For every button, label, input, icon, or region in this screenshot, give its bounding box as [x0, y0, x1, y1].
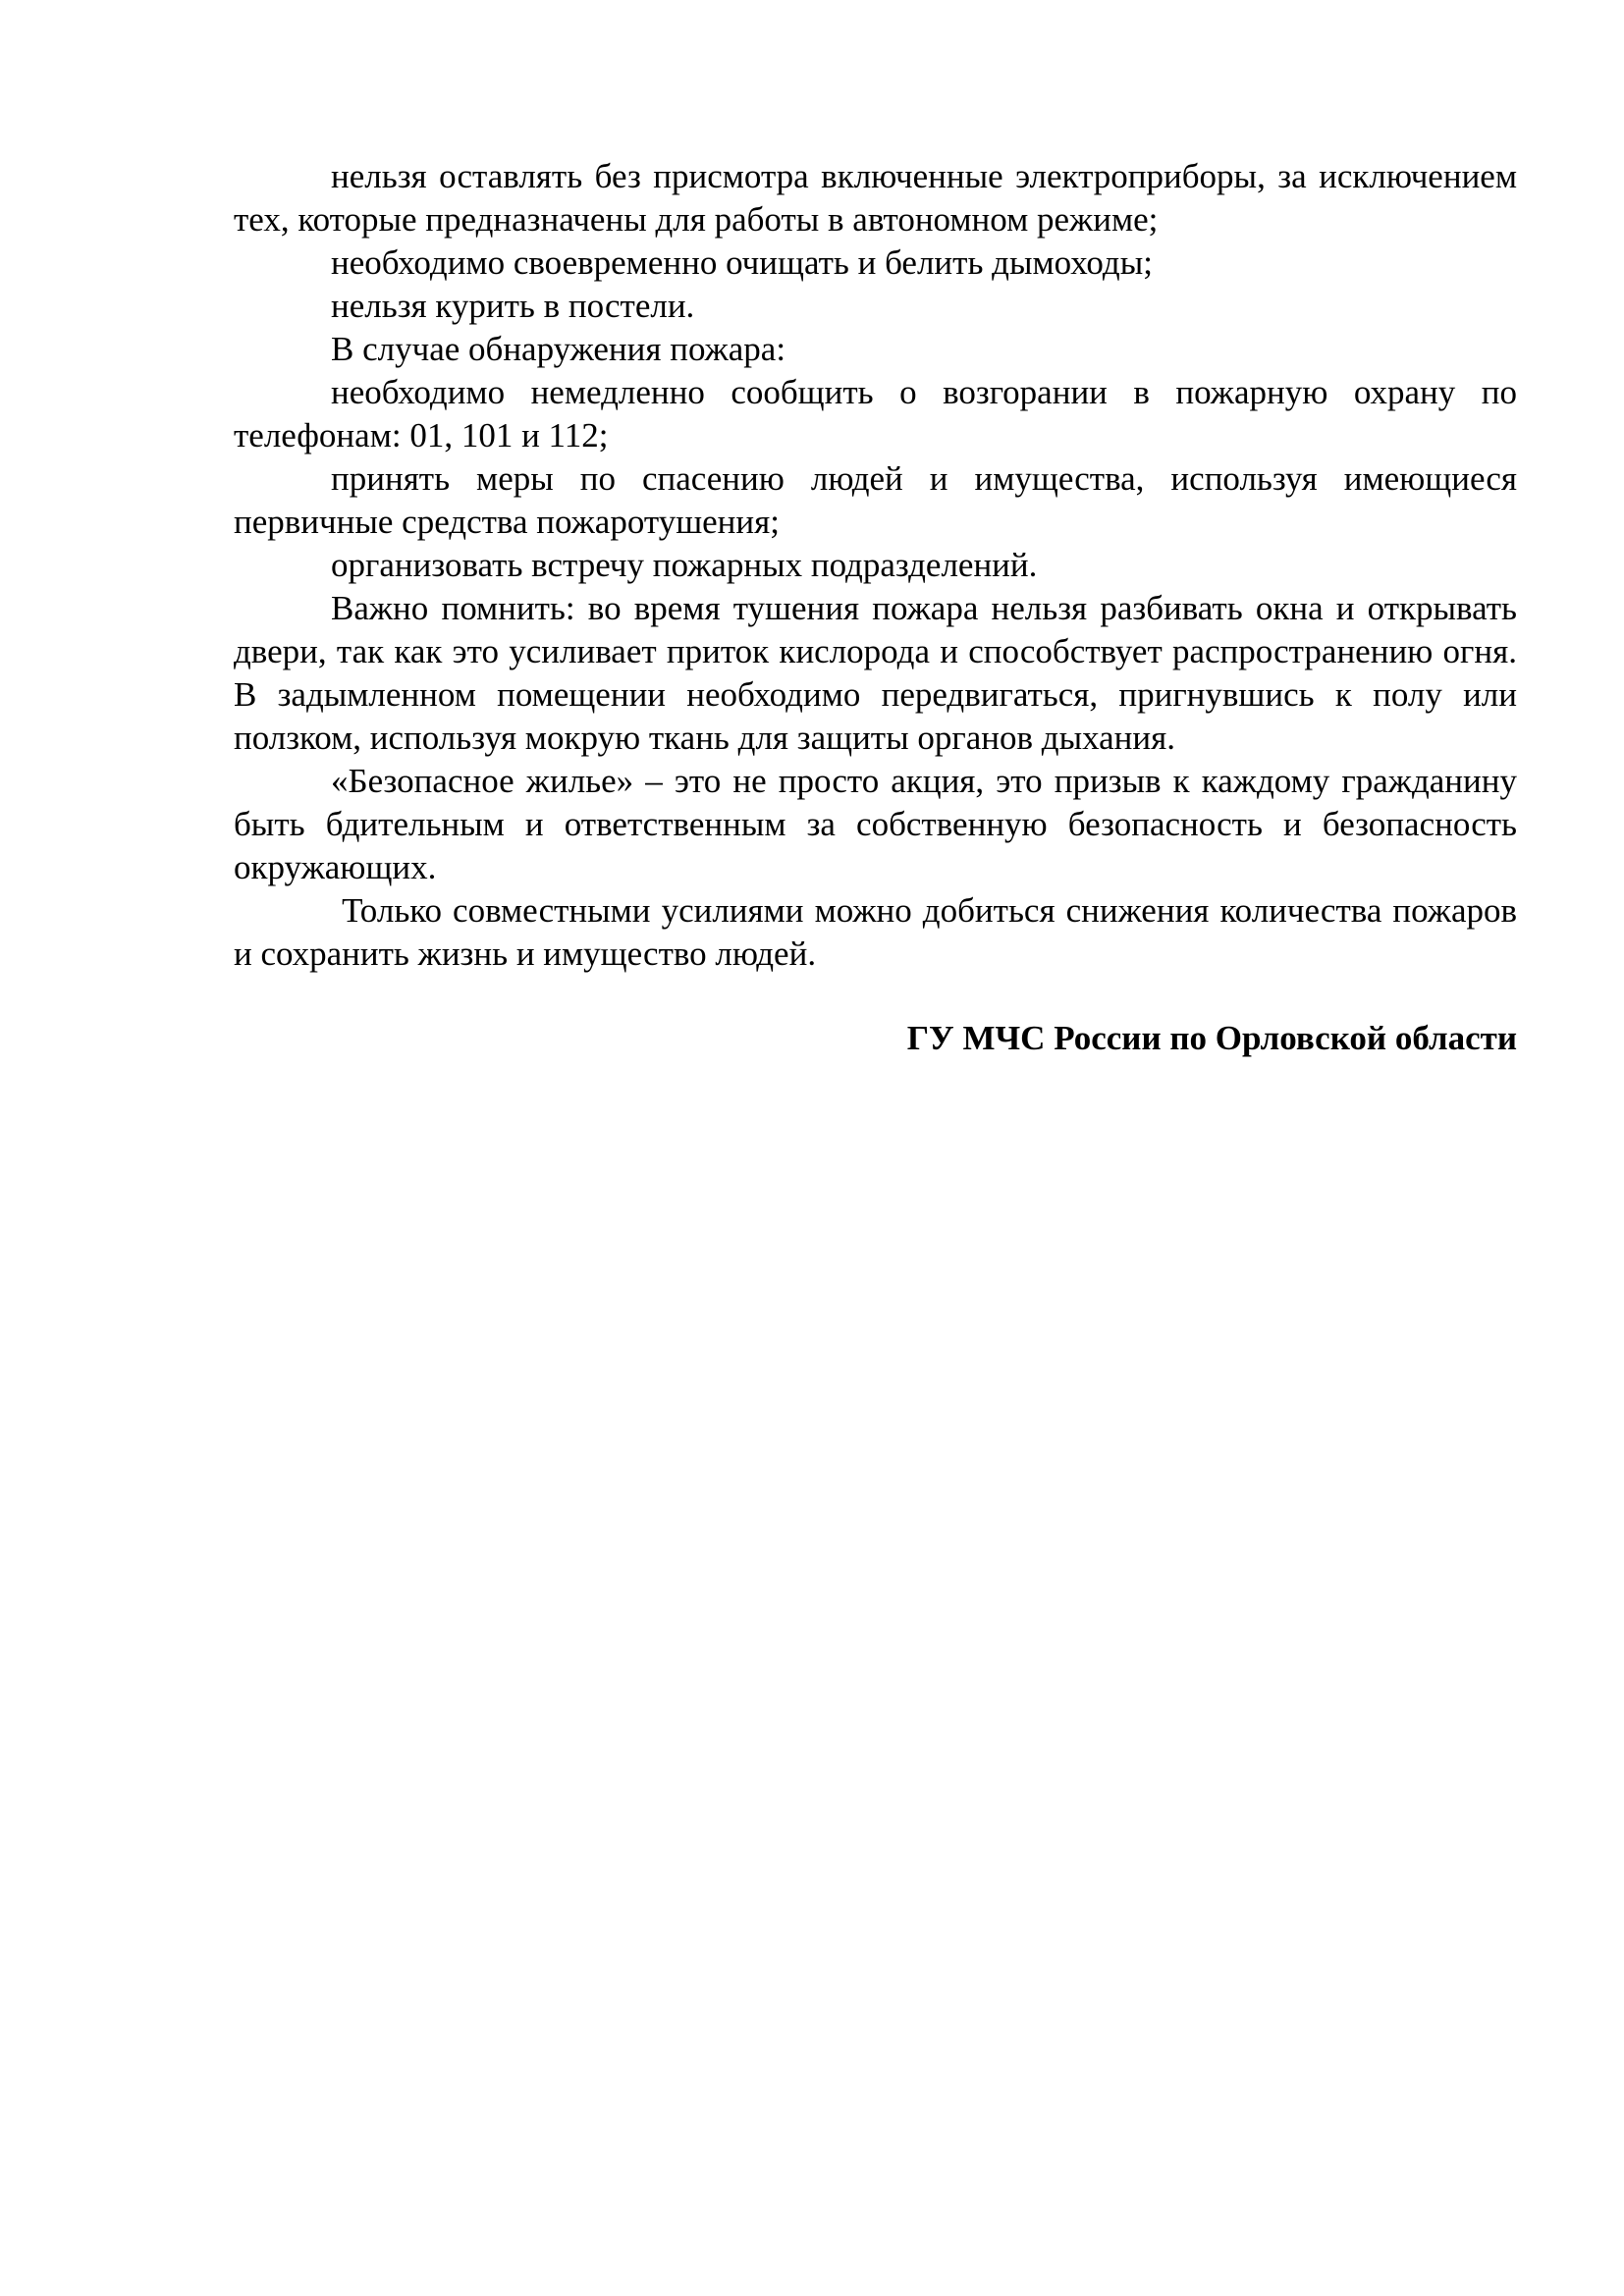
signature: ГУ МЧС России по Орловской области	[234, 1017, 1517, 1060]
paragraph-smoking-in-bed: нельзя курить в постели.	[234, 285, 1517, 328]
paragraph-safe-housing-campaign: «Безопасное жилье» – это не просто акция…	[234, 760, 1517, 889]
paragraph-chimneys: необходимо своевременно очищать и белить…	[234, 241, 1517, 285]
paragraph-rescue-measures: принять меры по спасению людей и имущест…	[234, 457, 1517, 544]
paragraph-joint-efforts: Только совместными усилиями можно добить…	[234, 889, 1517, 976]
paragraph-unattended-appliances: нельзя оставлять без присмотра включенны…	[234, 155, 1517, 241]
paragraph-report-fire: необходимо немедленно сообщить о возгора…	[234, 371, 1517, 457]
paragraph-important-reminder: Важно помнить: во время тушения пожара н…	[234, 587, 1517, 760]
paragraph-fire-detected-heading: В случае обнаружения пожара:	[234, 328, 1517, 371]
document-page: нельзя оставлять без присмотра включенны…	[234, 155, 1517, 1060]
paragraph-meet-firefighters: организовать встречу пожарных подразделе…	[234, 544, 1517, 587]
